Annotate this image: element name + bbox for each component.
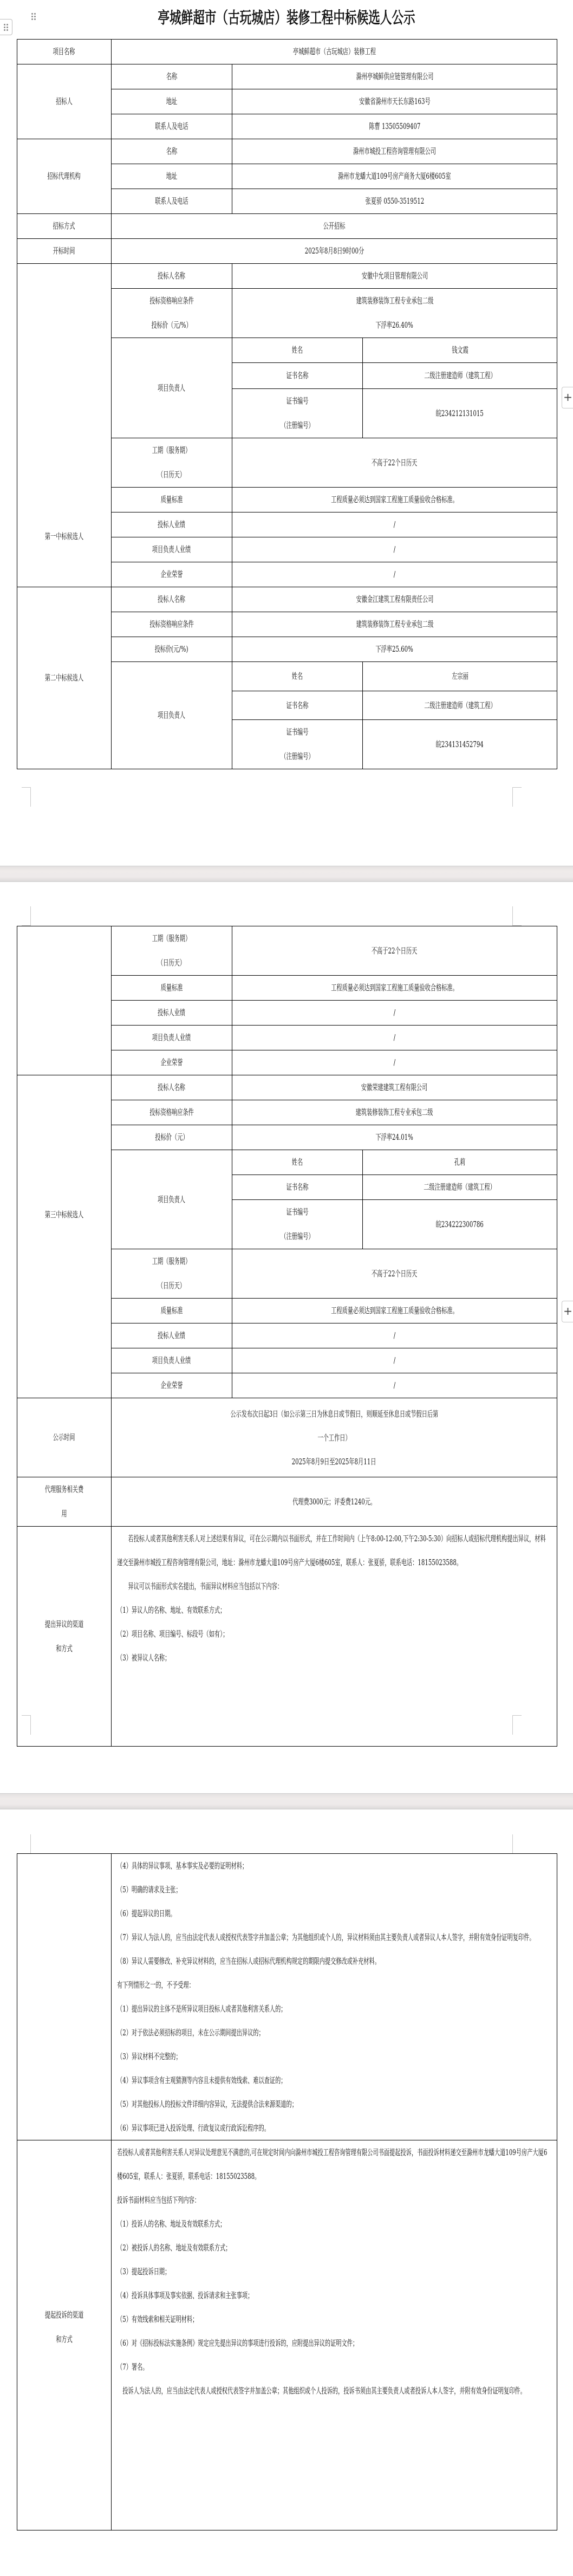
row-c2-period: 工期（服务期） （日历天） 不高于22个日历天 [17, 926, 557, 976]
sublabel-qualification: 投标资格响应条件 [112, 612, 232, 637]
value-agency-contact: 张夏骄 0550-3519512 [232, 189, 557, 214]
page-separator [0, 1793, 573, 1809]
row-c2-bidder: 第二中标候选人 投标人名称 安徽金江建筑工程有限责任公司 [17, 587, 557, 612]
sublabel-cert-name: 证书名称 [232, 691, 363, 720]
complaint-item: （5）有效线索和相关证明材料； [117, 2307, 551, 2331]
value-c3-qualification: 建筑装修装饰工程专业承包二级 [232, 1100, 557, 1125]
sublabel-price: 投标价（元/%） [152, 313, 192, 338]
objection-reject-item: （1）提出异议的主体不是所异议项目投标人或者其他利害关系人的； [117, 1997, 551, 2021]
value-c1-cert-no: 皖234212131015 [363, 389, 557, 438]
row-method: 招标方式 公开招标 [17, 214, 557, 239]
sublabel-manager: 项目负责人 [112, 338, 232, 438]
sublabel-qualification: 投标资格响应条件 [149, 289, 194, 313]
sublabel-person-name: 姓名 [232, 662, 363, 691]
sublabel-bidder-name: 投标人名称 [112, 587, 232, 612]
objection-reject-item: （5）对其他投标人的投标文件详细内容异议，无法提供合法来源渠道的； [117, 2092, 551, 2116]
value-tenderer-address: 安徽省滁州市天长东路163号 [232, 89, 557, 114]
label-candidate-2-cont [17, 926, 112, 1075]
sublabel-manager: 项目负责人 [112, 662, 232, 769]
value-c1-qual-price: 建筑装修装饰工程专业承包二级 下浮率26.40% [232, 289, 557, 338]
value-c2-bidder-performance: / [232, 1001, 557, 1026]
row-agency-name: 招标代理机构 名称 滁州市城投工程咨询管理有限公司 [17, 139, 557, 164]
page-separator [0, 866, 573, 882]
value-publicity: 公示发布次日起3日（如公示第三日为休息日或节假日，则顺延至休息日或节假日后第 一… [112, 1398, 557, 1477]
sublabel-address: 地址 [112, 164, 232, 189]
sublabel-quality: 质量标准 [112, 1299, 232, 1323]
value-tenderer-name: 滁州亭城鲜供应链管理有限公司 [232, 64, 557, 89]
row-opening-time: 开标时间 2025年8月8日9时00分 [17, 239, 557, 264]
value-c3-manager-name: 孔莉 [363, 1150, 557, 1175]
row-objection-cont: （4）具体的异议事项、基本事实及必要的证明材料； （5）明确的请求及主张； （6… [17, 1854, 557, 2140]
sublabel-bidder-name: 投标人名称 [112, 264, 232, 289]
row-c3-bidder: 第三中标候选人 投标人名称 安徽荣建建筑工程有限公司 [17, 1075, 557, 1100]
sublabel-address: 地址 [112, 89, 232, 114]
sublabel-period: 工期（服务期） （日历天） [112, 926, 232, 976]
objection-item: （5）明确的请求及主张； [117, 1878, 551, 1902]
sublabel-manager-performance: 项目负责人业绩 [112, 1026, 232, 1050]
sublabel-price: 投标价（元） [112, 1125, 232, 1150]
value-c3-price: 下浮率24.01% [232, 1125, 557, 1150]
value-c1-price: 下浮率26.40% [376, 313, 413, 338]
value-c2-cert-no: 皖234131452794 [363, 720, 557, 769]
sublabel-quality: 质量标准 [112, 488, 232, 512]
sublabel-quality: 质量标准 [112, 976, 232, 1001]
value-c1-manager-performance: / [232, 537, 557, 562]
complaint-item: （6）对《招标投标法实施条例》规定应先提出异议的事项进行投诉的，应附提出异议的证… [117, 2331, 551, 2355]
sublabel-manager-performance: 项目负责人业绩 [112, 537, 232, 562]
label-fees: 代理服务相关费 用 [17, 1477, 112, 1527]
row-project-name: 项目名称 亭城鲜超市（古玩城店）装修工程 [17, 40, 557, 64]
value-c1-qualification: 建筑装修装饰工程专业承包二级 [356, 289, 433, 313]
value-c2-honors: / [232, 1050, 557, 1075]
value-c1-cert-name: 二级注册建造师（建筑工程） [363, 363, 557, 389]
value-c3-quality: 工程质量必须达到国家工程施工质量验收合格标准。 [232, 1299, 557, 1323]
value-c3-bidder-performance: / [232, 1323, 557, 1348]
value-method: 公开招标 [112, 214, 557, 239]
sublabel-bidder-name: 投标人名称 [112, 1075, 232, 1100]
value-agency-address: 滁州市龙蟠大道109号房产商务大厦6楼605室 [232, 164, 557, 189]
margin-mark [512, 906, 522, 926]
row-objection: 提出异议的渠道 和方式 若投标人或者其他利害关系人对上述结果有异议，可在公示期内… [17, 1527, 557, 1747]
sublabel-person-name: 姓名 [232, 1150, 363, 1175]
label-method: 招标方式 [17, 214, 112, 239]
value-c2-period: 不高于22个日历天 [232, 926, 557, 976]
sublabel-cert-no: 证书编号 （注册编号） [232, 389, 363, 438]
label-candidate-1: 第一中标候选人 [17, 264, 112, 587]
info-table-page2: 工期（服务期） （日历天） 不高于22个日历天 质量标准 工程质量必须达到国家工… [17, 926, 557, 1747]
value-project-name: 亭城鲜超市（古玩城店）装修工程 [112, 40, 557, 64]
value-c2-manager-performance: / [232, 1026, 557, 1050]
margin-mark [22, 906, 31, 926]
complaint-item: （1）投诉人的名称、地址及有效联系方式； [117, 2212, 551, 2236]
value-agency-name: 滁州市城投工程咨询管理有限公司 [232, 139, 557, 164]
row-publicity: 公示时间 公示发布次日起3日（如公示第三日为休息日或节假日，则顺延至休息日或节假… [17, 1398, 557, 1477]
value-c3-cert-name: 二级注册建造师（建筑工程） [363, 1175, 557, 1200]
value-c1-period: 不高于22个日历天 [232, 438, 557, 488]
sublabel-contact: 联系人及电话 [112, 189, 232, 214]
objection-item: （6）提起异议的日期。 [117, 1902, 551, 1925]
sublabel-name: 名称 [112, 64, 232, 89]
row-tenderer-name: 招标人 名称 滁州亭城鲜供应链管理有限公司 [17, 64, 557, 89]
objection-reject-item: （2）对于依法必须招标的项目，未在公示期间提出异议的； [117, 2021, 551, 2045]
sublabel-cert-name: 证书名称 [232, 1175, 363, 1200]
value-c2-qualification: 建筑装修装饰工程专业承包二级 [232, 612, 557, 637]
value-c1-bidder: 安徽中允项目管理有限公司 [232, 264, 557, 289]
objection-content-intro: 异议可以书面形式实名提出，书面异议材料应当包括以下内容： [117, 1574, 551, 1598]
label-objection-cont [17, 1854, 112, 2140]
objection-reject-item: （3）异议材料不完整的； [117, 2045, 551, 2068]
sublabel-contact: 联系人及电话 [112, 114, 232, 139]
label-tenderer: 招标人 [17, 64, 112, 139]
value-complaint: 若投标人或者其他利害关系人对异议处理意见不满意的,可在规定时间内向滁州市城投工程… [112, 2140, 557, 2530]
value-c2-quality: 工程质量必须达到国家工程施工质量验收合格标准。 [232, 976, 557, 1001]
value-c2-manager-name: 左宗丽 [363, 662, 557, 691]
value-c2-price: 下浮率25.60% [232, 637, 557, 662]
value-c1-honors: / [232, 562, 557, 587]
label-opening-time: 开标时间 [17, 239, 112, 264]
complaint-item: （4）投诉具体事项及事实依据、投诉请求和主张事项； [117, 2283, 551, 2307]
objection-reject-item: （6）异议事项已进入投诉处理、行政复议或行政诉讼程序的。 [117, 2116, 551, 2140]
sublabel-honors: 企业荣誉 [112, 562, 232, 587]
label-publicity: 公示时间 [17, 1398, 112, 1477]
sublabel-price: 投标价(元/%) [112, 637, 232, 662]
complaint-content-intro: 投诉书面材料应当包括下列内容： [117, 2188, 551, 2212]
sublabel-cert-name: 证书名称 [232, 363, 363, 389]
sublabel-cert-no: 证书编号 （注册编号） [232, 720, 363, 769]
objection-reject-item: （4）异议事项含有主观猜测等内容且未提供有效线索、难以查证的； [117, 2068, 551, 2092]
objection-reject-intro: 有下列情形之一的，不予受理： [117, 1973, 551, 1997]
label-candidate-2: 第二中标候选人 [17, 587, 112, 769]
sublabel-honors: 企业荣誉 [112, 1373, 232, 1398]
value-c1-manager-name: 钱文霞 [363, 338, 557, 363]
sublabel-honors: 企业荣誉 [112, 1050, 232, 1075]
value-c3-manager-performance: / [232, 1348, 557, 1373]
objection-item: （8）异议人需要修改、补充异议材料的，应当在招标人或招标代理机构规定的期限内提交… [117, 1949, 551, 1973]
value-c2-cert-name: 二级注册建造师（建筑工程） [363, 691, 557, 720]
page-title: 亭城鲜超市（古玩城店）装修工程中标候选人公示 [0, 8, 573, 29]
value-c3-bidder: 安徽荣建建筑工程有限公司 [232, 1075, 557, 1100]
label-project-name: 项目名称 [17, 40, 112, 64]
value-c3-cert-no: 皖234222300786 [363, 1200, 557, 1249]
sublabel-name: 名称 [112, 139, 232, 164]
complaint-item: （7）署名。 [117, 2355, 551, 2379]
value-fees: 代理费3000元；评委费1240元。 [112, 1477, 557, 1527]
label-agency: 招标代理机构 [17, 139, 112, 214]
objection-item: （7）异议人为法人的，应当由法定代表人或授权代表签字并加盖公章；为其他组织或个人… [117, 1925, 551, 1949]
objection-intro: 若投标人或者其他利害关系人对上述结果有异议，可在公示期内以书面形式，并在工作时间… [117, 1527, 551, 1574]
sublabel-bidder-performance: 投标人业绩 [112, 1001, 232, 1026]
value-c3-honors: / [232, 1373, 557, 1398]
add-row-button[interactable]: + [562, 1301, 573, 1322]
margin-mark [22, 1834, 31, 1854]
sublabel-person-name: 姓名 [232, 338, 363, 363]
value-tenderer-contact: 陈曹 13505509407 [232, 114, 557, 139]
label-candidate-3: 第三中标候选人 [17, 1075, 112, 1398]
margin-mark [512, 1834, 522, 1854]
value-c1-bidder-performance: / [232, 512, 557, 537]
row-complaint: 提起投诉的渠道 和方式 若投标人或者其他利害关系人对异议处理意见不满意的,可在规… [17, 2140, 557, 2530]
sublabel-cert-no: 证书编号 （注册编号） [232, 1200, 363, 1249]
objection-item: （4）具体的异议事项、基本事实及必要的证明材料； [117, 1854, 551, 1878]
sublabel-bidder-performance: 投标人业绩 [112, 512, 232, 537]
objection-item: （3）被异议人名称； [117, 1646, 551, 1670]
add-row-button[interactable]: + [562, 387, 573, 408]
info-table-page3: （4）具体的异议事项、基本事实及必要的证明材料； （5）明确的请求及主张； （6… [17, 1853, 557, 2530]
complaint-item: （3）提起投诉日期； [117, 2260, 551, 2283]
complaint-closing: 投诉人为法人的，应当由法定代表人或授权代表签字并加盖公章；其他组织或个人投诉的，… [117, 2379, 551, 2403]
objection-item: （1）异议人的名称、地址、有效联系方式； [117, 1598, 551, 1622]
sublabel-period: 工期（服务期） （日历天） [112, 438, 232, 488]
sublabel-bidder-performance: 投标人业绩 [112, 1323, 232, 1348]
value-objection: 若投标人或者其他利害关系人对上述结果有异议，可在公示期内以书面形式，并在工作时间… [112, 1527, 557, 1747]
value-c2-bidder: 安徽金江建筑工程有限责任公司 [232, 587, 557, 612]
margin-mark [512, 787, 522, 807]
complaint-item: （2）被投诉人的名称、地址及有效联系方式； [117, 2236, 551, 2260]
value-c1-quality: 工程质量必须达到国家工程施工质量验收合格标准。 [232, 488, 557, 512]
info-table-page1: 项目名称 亭城鲜超市（古玩城店）装修工程 招标人 名称 滁州亭城鲜供应链管理有限… [17, 39, 557, 769]
row-fees: 代理服务相关费 用 代理费3000元；评委费1240元。 [17, 1477, 557, 1527]
value-opening-time: 2025年8月8日9时00分 [112, 239, 557, 264]
complaint-intro: 若投标人或者其他利害关系人对异议处理意见不满意的,可在规定时间内向滁州市城投工程… [117, 2140, 551, 2188]
label-complaint: 提起投诉的渠道 和方式 [17, 2140, 112, 2530]
row-c1-bidder: 第一中标候选人 投标人名称 安徽中允项目管理有限公司 [17, 264, 557, 289]
sublabel-qualification: 投标资格响应条件 [112, 1100, 232, 1125]
margin-mark [22, 787, 31, 807]
sublabel-qual-price: 投标资格响应条件 投标价（元/%） [112, 289, 232, 338]
sublabel-manager: 项目负责人 [112, 1150, 232, 1249]
label-objection: 提出异议的渠道 和方式 [17, 1527, 112, 1747]
value-objection-cont: （4）具体的异议事项、基本事实及必要的证明材料； （5）明确的请求及主张； （6… [112, 1854, 557, 2140]
objection-item: （2）项目名称、项目编号、标段号（如有）； [117, 1622, 551, 1646]
sublabel-manager-performance: 项目负责人业绩 [112, 1348, 232, 1373]
value-c3-period: 不高于22个日历天 [232, 1249, 557, 1299]
sublabel-period: 工期（服务期） （日历天） [112, 1249, 232, 1299]
